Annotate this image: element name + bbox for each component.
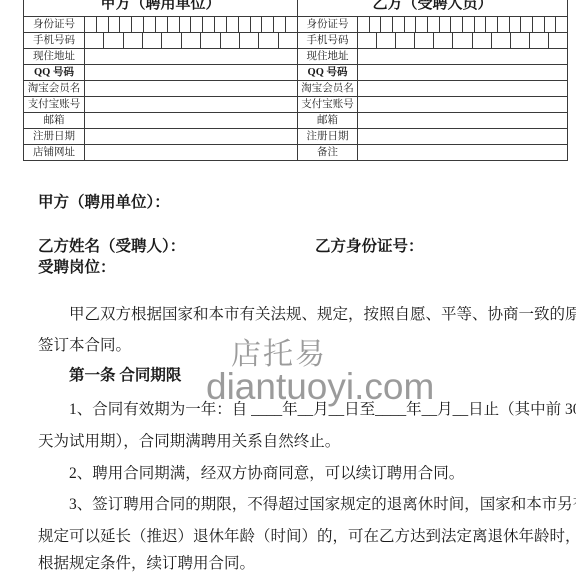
digit-cell (545, 17, 557, 32)
digit-cell (453, 33, 472, 48)
email-label-left: 邮箱 (24, 113, 85, 129)
digit-cell (162, 33, 181, 48)
register-date-label-left: 注册日期 (24, 129, 85, 145)
taobao-member-label-right: 淘宝会员名 (298, 81, 358, 97)
phone-digit-grid-right (358, 33, 567, 48)
digit-cell (279, 33, 297, 48)
digit-cell (358, 33, 377, 48)
digit-cell (143, 33, 162, 48)
id-number-field-right (358, 17, 568, 33)
article-1-title: 第一条 合同期限 (38, 363, 576, 385)
address-field-left (85, 49, 298, 65)
digit-cell (168, 17, 180, 32)
phone-field-right (358, 33, 568, 49)
digit-cell (124, 33, 143, 48)
digit-cell (370, 17, 382, 32)
digit-cell (104, 33, 123, 48)
clause-1-line-1: 1、合同有效期为一年：自 ____年__月__日至____年__月__日止（其中… (38, 397, 576, 419)
table-row-register-date: 注册日期 注册日期 (24, 129, 568, 145)
taobao-member-label-left: 淘宝会员名 (24, 81, 85, 97)
clause-1-line-2: 天为试用期），合同期满聘用关系自然终止。 (38, 429, 550, 451)
party-b-id-label: 乙方身份证号： (315, 234, 424, 256)
table-row-email: 邮箱 邮箱 (24, 113, 568, 129)
digit-cell (203, 17, 215, 32)
alipay-field-left (85, 97, 298, 113)
digit-cell (556, 17, 567, 32)
table-header-row: 甲方（聘用单位） 乙方（受聘人员） (24, 0, 568, 17)
digit-cell (415, 33, 434, 48)
phone-field-left (85, 33, 298, 49)
table-row-taobao-member: 淘宝会员名 淘宝会员名 (24, 81, 568, 97)
digit-cell (240, 33, 259, 48)
preamble-line-1: 甲乙双方根据国家和本市有关法规、规定，按照自愿、平等、协商一致的原则， (38, 302, 576, 324)
digit-cell (97, 17, 109, 32)
taobao-member-field-right (358, 81, 568, 97)
digit-cell (156, 17, 168, 32)
preamble-line-2: 签订本合同。 (38, 333, 550, 355)
qq-field-left (85, 65, 298, 81)
shop-url-field (85, 145, 298, 161)
table-row-address: 现住地址 现住地址 (24, 49, 568, 65)
digit-cell (180, 17, 192, 32)
shop-url-label: 店铺网址 (24, 145, 85, 161)
contract-document-page: 店托易 diantuoyi.com 甲方（聘用单位） 乙方（受聘人员） 身份证号… (0, 0, 576, 576)
digit-cell (377, 33, 396, 48)
digit-cell (144, 17, 156, 32)
digit-cell (227, 17, 239, 32)
digit-cell (221, 33, 240, 48)
digit-cell (510, 17, 522, 32)
address-label-left: 现住地址 (24, 49, 85, 65)
digit-cell (396, 33, 415, 48)
digit-cell (182, 33, 201, 48)
digit-cell (428, 17, 440, 32)
digit-cell (475, 17, 487, 32)
digit-cell (530, 33, 549, 48)
alipay-label-left: 支付宝账号 (24, 97, 85, 113)
register-date-field-left (85, 129, 298, 145)
digit-cell (358, 17, 370, 32)
party-b-header: 乙方（受聘人员） (298, 0, 568, 17)
digit-cell (549, 33, 567, 48)
digit-cell (274, 17, 286, 32)
table-row-alipay: 支付宝账号 支付宝账号 (24, 97, 568, 113)
party-b-name-label: 乙方姓名（受聘人）： (38, 238, 185, 255)
digit-cell (492, 33, 511, 48)
party-b-line: 乙方姓名（受聘人）： 乙方身份证号： (38, 234, 550, 256)
digit-cell (463, 17, 475, 32)
digit-cell (85, 33, 104, 48)
digit-cell (286, 17, 297, 32)
digit-cell (405, 17, 417, 32)
party-a-header: 甲方（聘用单位） (24, 0, 298, 17)
remark-label: 备注 (298, 145, 358, 161)
digit-cell (120, 17, 132, 32)
party-info-table: 甲方（聘用单位） 乙方（受聘人员） 身份证号 身份证号 手机号码 手机号码 现住… (23, 0, 568, 161)
party-a-line: 甲方（聘用单位）： (38, 190, 550, 212)
digit-cell (473, 33, 492, 48)
clause-2-line: 2、聘用合同期满，经双方协商同意，可以续订聘用合同。 (38, 461, 576, 483)
email-field-left (85, 113, 298, 129)
digit-cell (85, 17, 97, 32)
clause-3-line-3: 根据规定条件，续订聘用合同。 (38, 551, 550, 573)
digit-cell (521, 17, 533, 32)
address-field-right (358, 49, 568, 65)
digit-cell (486, 17, 498, 32)
table-row-shop-url-remark: 店铺网址 备注 (24, 145, 568, 161)
id-digit-grid-right (358, 17, 567, 32)
id-number-field-left (85, 17, 298, 33)
id-number-label-left: 身份证号 (24, 17, 85, 33)
qq-label-right: QQ 号码 (298, 65, 358, 81)
position-line: 受聘岗位： (38, 255, 550, 277)
alipay-field-right (358, 97, 568, 113)
digit-cell (434, 33, 453, 48)
email-field-right (358, 113, 568, 129)
qq-label-left: QQ 号码 (24, 65, 85, 81)
digit-cell (262, 17, 274, 32)
digit-cell (239, 17, 251, 32)
digit-cell (215, 17, 227, 32)
table-row-id-number: 身份证号 身份证号 (24, 17, 568, 33)
digit-cell (498, 17, 510, 32)
digit-cell (191, 17, 203, 32)
email-label-right: 邮箱 (298, 113, 358, 129)
digit-cell (393, 17, 405, 32)
alipay-label-right: 支付宝账号 (298, 97, 358, 113)
phone-label-right: 手机号码 (298, 33, 358, 49)
id-number-label-right: 身份证号 (298, 17, 358, 33)
phone-label-left: 手机号码 (24, 33, 85, 49)
clause-3-line-1: 3、签订聘用合同的期限，不得超过国家规定的退离休时间，国家和本市另有 (38, 492, 576, 514)
digit-cell (132, 17, 144, 32)
digit-cell (381, 17, 393, 32)
table-row-phone: 手机号码 手机号码 (24, 33, 568, 49)
digit-cell (416, 17, 428, 32)
digit-cell (440, 17, 452, 32)
phone-digit-grid-left (85, 33, 297, 48)
taobao-member-field-left (85, 81, 298, 97)
digit-cell (109, 17, 121, 32)
digit-cell (251, 17, 263, 32)
digit-cell (451, 17, 463, 32)
qq-field-right (358, 65, 568, 81)
register-date-field-right (358, 129, 568, 145)
digit-cell (259, 33, 278, 48)
clause-3-line-2: 规定可以延长（推迟）退休年龄（时间）的，可在乙方达到法定离退休年龄时，再 (38, 524, 550, 546)
digit-cell (511, 33, 530, 48)
address-label-right: 现住地址 (298, 49, 358, 65)
digit-cell (201, 33, 220, 48)
register-date-label-right: 注册日期 (298, 129, 358, 145)
id-digit-grid-left (85, 17, 297, 32)
table-row-qq: QQ 号码 QQ 号码 (24, 65, 568, 81)
digit-cell (533, 17, 545, 32)
remark-field (358, 145, 568, 161)
